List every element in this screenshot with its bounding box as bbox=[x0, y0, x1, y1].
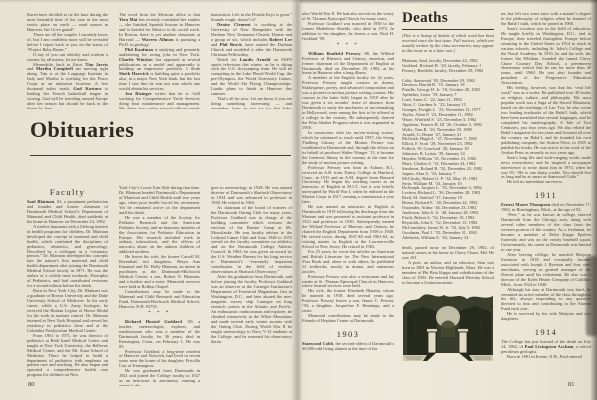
deaths-list-faculty: Blatman, Saul, faculty, December 24, 198… bbox=[402, 59, 494, 74]
deaths-intro-note: (This is a listing of deaths of which wo… bbox=[402, 34, 494, 54]
paragraph: The word from the Mexican office is that… bbox=[119, 13, 200, 48]
obituaries-rule bbox=[30, 155, 291, 156]
paragraph: Born in 1891 in Keene, N.H., Paul entere… bbox=[501, 355, 591, 360]
paragraph: In connection with his movie-writing cou… bbox=[302, 131, 394, 166]
paragraph: A tireless humanist with a lifelong inte… bbox=[27, 225, 108, 289]
deaths-list-alumni: Cobb, Stanwood ’03, December 29, 1982Dav… bbox=[402, 79, 494, 241]
paragraph: Jon Risinger writes that he is “still wo… bbox=[119, 92, 200, 109]
class-year-heading: Faculty bbox=[27, 187, 108, 197]
paragraph: Watch for Landis Arnold on ESPN sports t… bbox=[211, 58, 292, 98]
paragraph: Professor Pressey was born in Ashton, R.… bbox=[302, 166, 394, 206]
paragraph: After his graduation from Dartmouth, and… bbox=[211, 275, 292, 344]
paragraph: Stan’s vocation was in the field of educ… bbox=[501, 27, 591, 86]
paragraph: He leaves his wife, the former Carroll M… bbox=[119, 255, 200, 290]
paragraph: Saul Blatman, 63, a prominent pediatrici… bbox=[27, 200, 108, 225]
deaths-column: Deaths (This is a listing of deaths of w… bbox=[402, 10, 494, 390]
class-notes-column-2: The word from the Mexican office is that… bbox=[119, 13, 200, 109]
page-edge-shadow-top-right bbox=[300, 0, 597, 4]
paragraph: Denise Clement is working at the Univers… bbox=[211, 23, 292, 58]
death-entry: Pressey, Benfield, faculty, December 29,… bbox=[402, 69, 494, 74]
obituaries-column-2: York City’s Lower East Side during that … bbox=[119, 186, 200, 386]
section-separator: * * * bbox=[302, 44, 394, 49]
paragraph: That’s all for now. Let me know if you a… bbox=[211, 97, 292, 109]
paragraph: For 25 years, he wrote the articles on A… bbox=[302, 250, 394, 275]
magazine-spread: Karen have decided to tie the knot durin… bbox=[0, 0, 597, 400]
class-year-heading: 1911 bbox=[501, 190, 591, 200]
paragraph: His feeling, however, was that his “real… bbox=[501, 86, 591, 155]
class-year-heading: 1914 bbox=[501, 327, 591, 337]
paragraph: Professor Goddard was married in 1930 to… bbox=[302, 22, 394, 42]
paragraph: Richard Husted Goddard ’20, a teacher, m… bbox=[119, 320, 200, 350]
class-notes-column-3: instruction. Life in the Florida Keys is… bbox=[211, 13, 292, 109]
deaths-heading: Deaths bbox=[402, 10, 494, 26]
obituaries-column-1: FacultySaul Blatman, 63, a prominent ped… bbox=[27, 182, 108, 386]
paragraph: He left no immediate survivors. bbox=[501, 180, 591, 185]
paragraph: As chairman of the board of trustees of … bbox=[211, 206, 292, 275]
page-number-left: 80 bbox=[28, 381, 35, 388]
deaths-rule bbox=[402, 29, 494, 30]
paragraph: A poet, an author, and an educator, Stan… bbox=[402, 261, 494, 286]
park-gates-engraving bbox=[403, 291, 493, 361]
paragraph: gree in meteorology in 1928. He was name… bbox=[211, 186, 292, 206]
paragraph: From 1961 to 1971, he was director of pe… bbox=[27, 334, 108, 379]
obituaries-heading: Obituaries bbox=[30, 118, 134, 142]
paragraph: Professor Goddard, a long-time resident … bbox=[119, 350, 200, 370]
paragraph: Phil Kaufman is studying and presently a… bbox=[119, 48, 200, 93]
page-number-right: 81 bbox=[568, 381, 575, 388]
paragraph: The College has just learned of the deat… bbox=[501, 340, 591, 355]
class-notes-column-1: Karen have decided to tie the knot durin… bbox=[27, 13, 108, 109]
page-edge-shadow-right bbox=[590, 0, 597, 400]
paragraph: A member of the English faculty for 42 y… bbox=[302, 76, 394, 130]
class-year-heading: 1903 bbox=[302, 329, 394, 339]
right-column-3: ter, but left two years later with a mas… bbox=[501, 12, 591, 388]
deaths-continuation: death, passed away on December 29, 1982,… bbox=[402, 246, 494, 361]
paragraph: Professor Pressey was also a vestryman a… bbox=[302, 275, 394, 290]
paragraph: He was named an instructor in English at… bbox=[302, 205, 394, 250]
section-separator: * * * bbox=[119, 312, 200, 317]
paragraph: He was graduated from Dartmouth in 1921 … bbox=[119, 369, 200, 386]
paragraph: Stan’s long life and wide-ranging works … bbox=[501, 156, 591, 181]
paragraph: “Pete,” as he was known in college, ente… bbox=[501, 213, 591, 253]
paragraph: He is survived by his wife Marjorie and … bbox=[501, 312, 591, 322]
paragraph: William Benfield Pressey, 88, the Willar… bbox=[302, 52, 394, 77]
paragraph: Born in New York City, Dr. Blatman was a… bbox=[27, 289, 108, 334]
paragraph: He was a member of the Society for Pedia… bbox=[119, 216, 200, 256]
death-entry: Adelstein, William E. ’63, January 14 bbox=[402, 236, 494, 241]
paragraph: Stanwood Cobb, the second-oldest of Dart… bbox=[302, 342, 394, 352]
paragraph: Meanwhile, back in Zaire, Tim Jarvis and… bbox=[27, 63, 108, 109]
paragraph: death, passed away on December 29, 1982,… bbox=[402, 246, 494, 261]
paragraph: Karen have decided to tie the knot durin… bbox=[27, 13, 108, 33]
paragraph: Contributions may be made to the Materna… bbox=[119, 290, 200, 310]
paragraph: His wife, the former Elizabeth Blanton, … bbox=[302, 289, 394, 314]
paragraph: ter, but left two years later with a mas… bbox=[501, 12, 591, 27]
paragraph: Memorial contributions may be made to th… bbox=[302, 314, 394, 324]
right-column-1: after World War II. He had also served o… bbox=[302, 12, 394, 390]
paragraph: Although his stay at Dartmouth was brief… bbox=[501, 288, 591, 313]
page-edge-shadow-top-left bbox=[0, 0, 300, 3]
paragraph: After leaving college, he married Marjor… bbox=[501, 253, 591, 288]
paragraph: Those are all the couples I currently kn… bbox=[27, 33, 108, 53]
paragraph: York City’s Lower East Side during that … bbox=[119, 186, 200, 216]
obituaries-column-3: gree in meteorology in 1928. He was name… bbox=[211, 186, 292, 386]
